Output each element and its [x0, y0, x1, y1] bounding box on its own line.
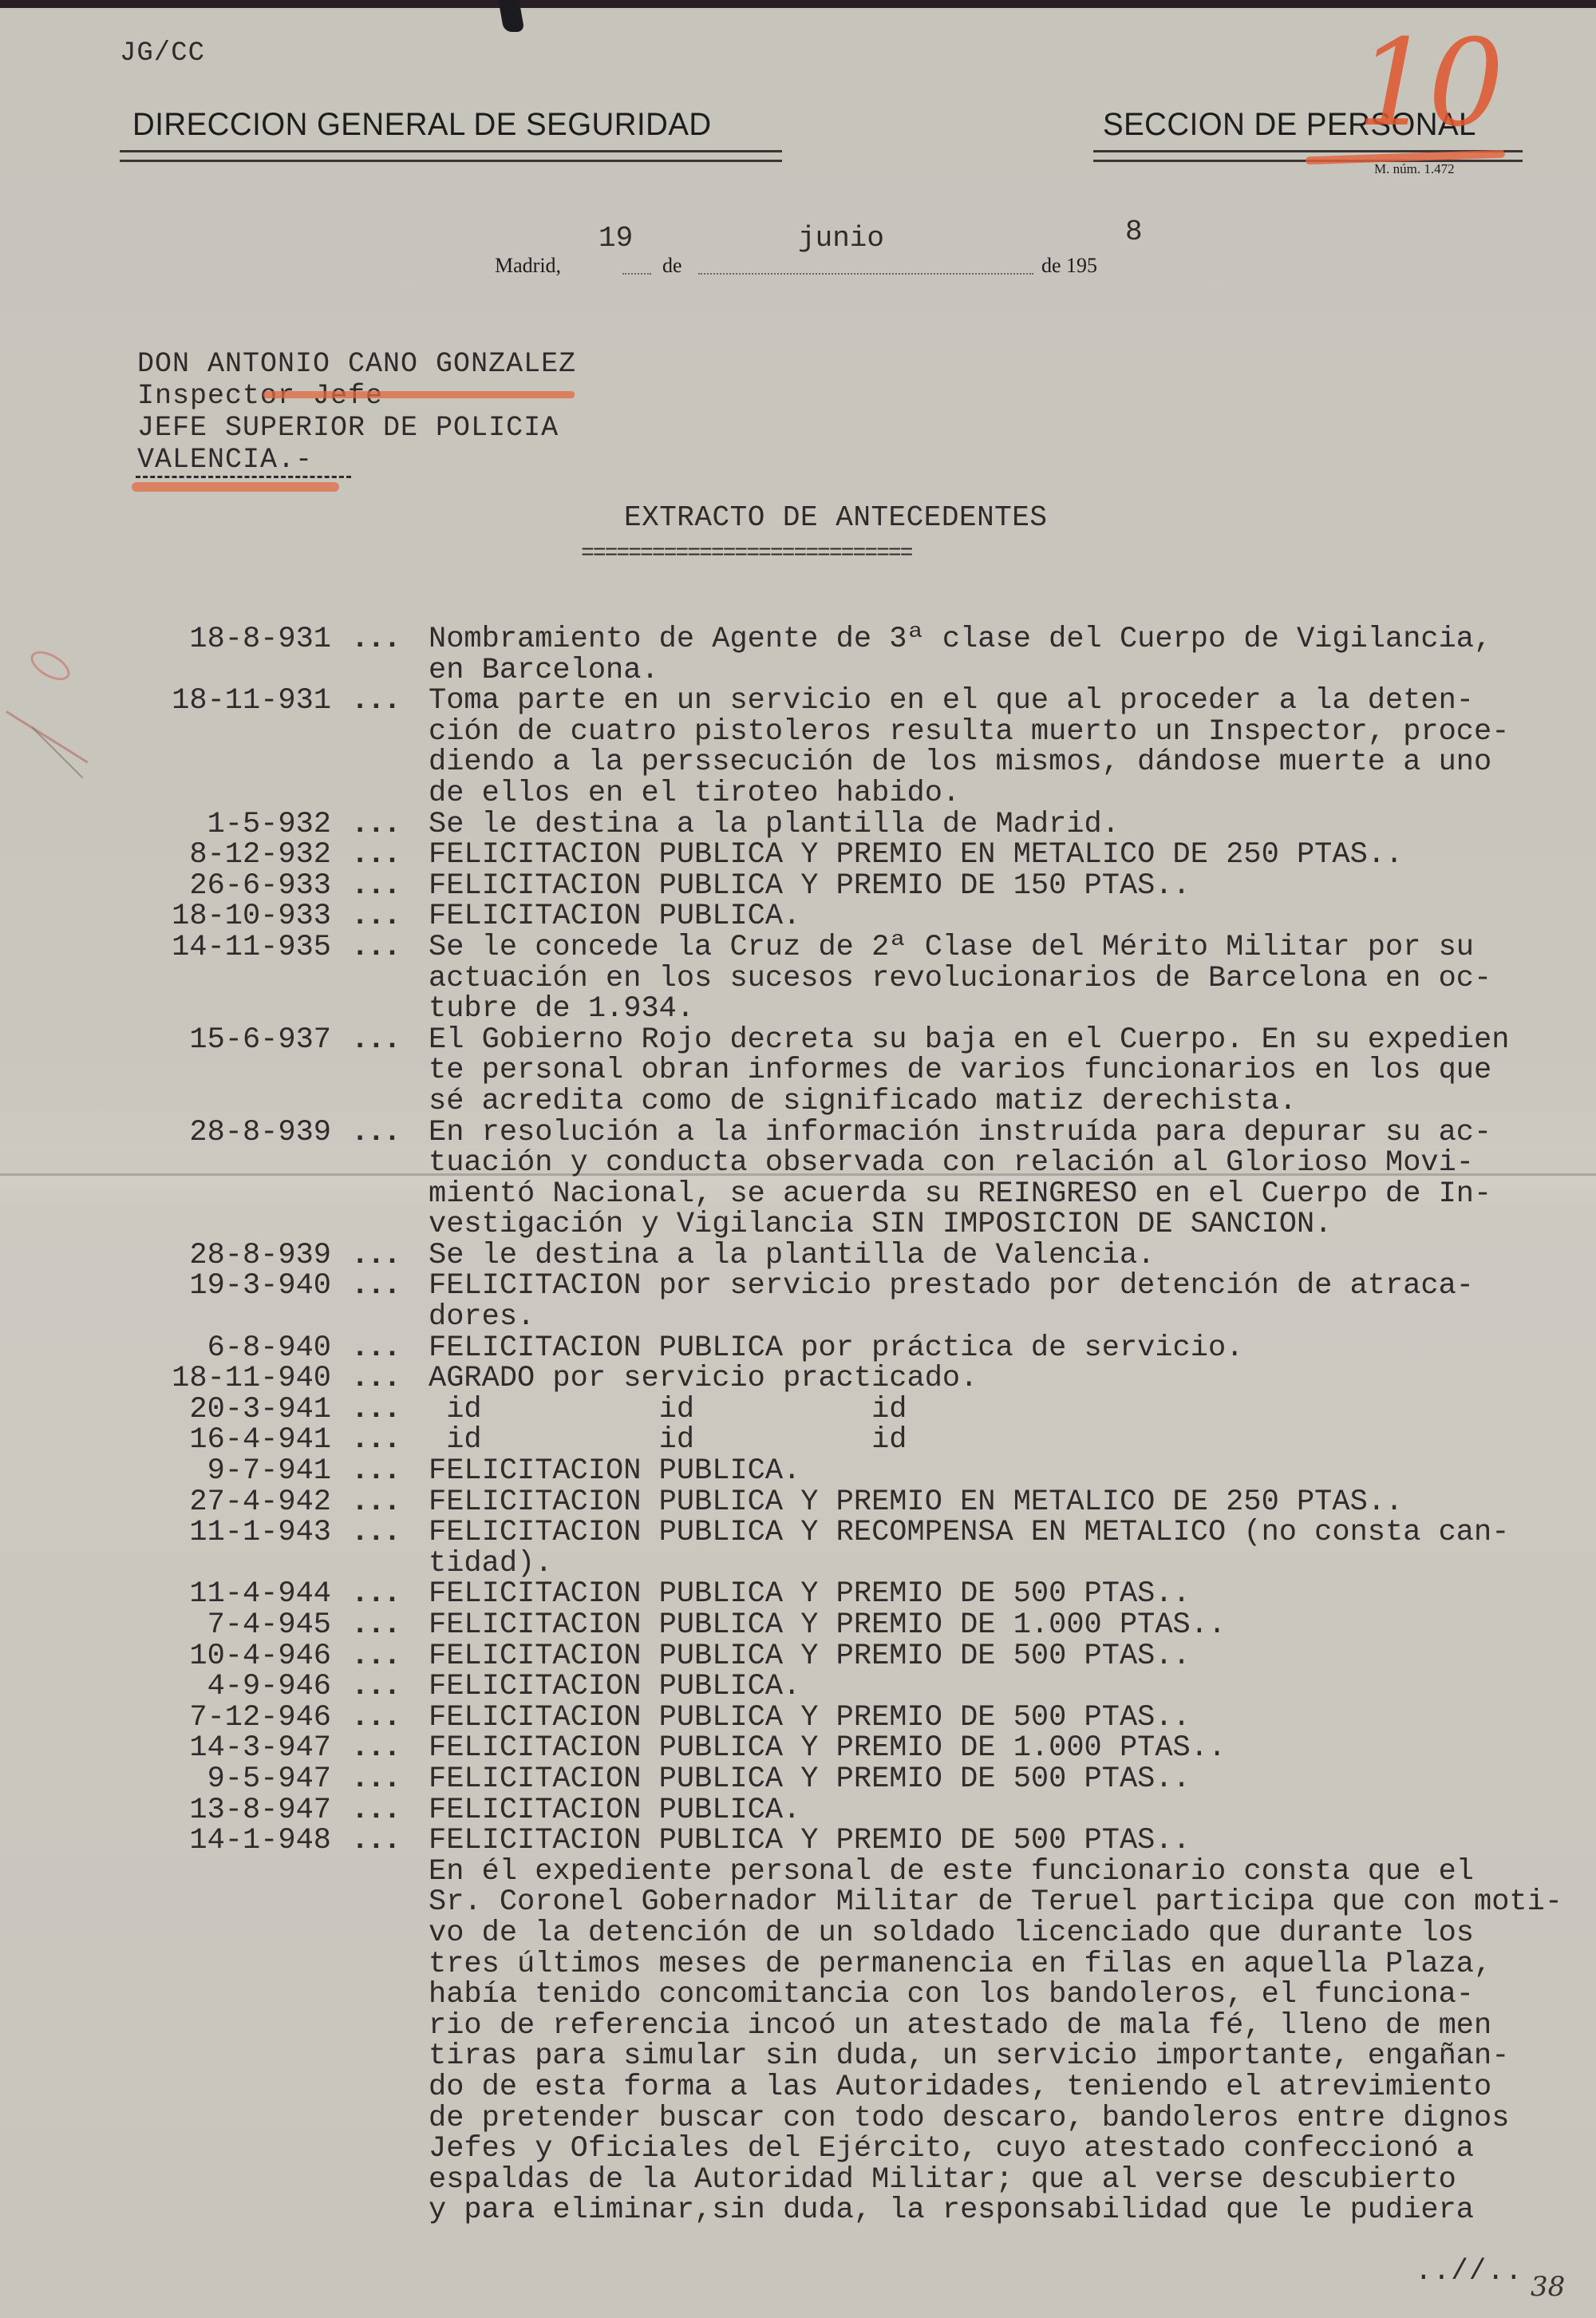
entry-date: 16-4-941	[104, 1425, 331, 1456]
entry-text-line: en Barcelona.	[429, 655, 1594, 686]
entry-date: 18-8-931	[104, 624, 331, 655]
entry-text-line: FELICITACION PUBLICA.	[429, 1671, 1594, 1703]
document-page: JG/CC DIRECCION GENERAL DE SEGURIDAD SEC…	[0, 0, 1596, 2318]
paragraph-line: espaldas de la Autoridad Militar; que al…	[429, 2165, 1596, 2196]
entry-separator: ...	[351, 840, 415, 871]
entry-separator: ...	[351, 1456, 415, 1487]
entry-separator: ...	[351, 1487, 415, 1518]
entry-text-line: diendo a la perssecución de los mismos, …	[429, 747, 1594, 778]
record-entry: 27-4-942...FELICITACION PUBLICA Y PREMIO…	[0, 1487, 1596, 1518]
record-entry: 28-8-939...Se le destina a la plantilla …	[0, 1240, 1596, 1272]
entry-date: 18-11-931	[104, 686, 331, 717]
date-year-prefix: de 195	[1041, 254, 1097, 278]
record-entry: 4-9-946...FELICITACION PUBLICA.	[0, 1671, 1596, 1703]
organization-heading: DIRECCION GENERAL DE SEGURIDAD	[132, 107, 712, 143]
entry-separator: ...	[351, 1240, 415, 1272]
entry-text-line: FELICITACION PUBLICA Y PREMIO EN METALIC…	[429, 1487, 1594, 1518]
entry-date: 14-1-948	[104, 1826, 331, 1857]
entry-separator: ...	[351, 1271, 415, 1302]
entry-text: Se le destina a la plantilla de Valencia…	[429, 1240, 1594, 1272]
entry-text: FELICITACION PUBLICA.	[429, 1456, 1594, 1487]
entry-date: 10-4-946	[104, 1641, 331, 1672]
title-underline: ============================	[581, 543, 1124, 565]
entry-separator: ...	[351, 686, 415, 717]
paragraph-line: do de esta forma a las Autoridades, teni…	[429, 2072, 1596, 2103]
handwritten-folio-number: 10	[1357, 14, 1499, 153]
record-entry: 26-6-933...FELICITACION PUBLICA Y PREMIO…	[0, 871, 1596, 902]
paragraph-line: tres últimos meses de permanencia en fil…	[429, 1949, 1596, 1980]
entry-date: 6-8-940	[104, 1333, 331, 1364]
entry-text: Se le destina a la plantilla de Madrid.	[429, 809, 1594, 841]
date-year-digit: 8	[1125, 216, 1143, 248]
entry-separator: ...	[351, 1425, 415, 1456]
entry-separator: ...	[351, 1333, 415, 1364]
page-top-edge	[0, 0, 1596, 8]
entry-date: 11-4-944	[104, 1579, 331, 1610]
entry-date: 13-8-947	[104, 1795, 331, 1826]
red-strikethrough	[263, 391, 575, 398]
entry-text: El Gobierno Rojo decreta su baja en el C…	[429, 1025, 1594, 1117]
entry-separator: ...	[351, 1764, 415, 1795]
entry-separator: ...	[351, 1117, 415, 1149]
record-entries-list: 18-8-931...Nombramiento de Agente de 3ª …	[0, 624, 1596, 2226]
date-city-label: Madrid,	[495, 254, 561, 278]
entry-separator: ...	[351, 624, 415, 655]
entry-separator: ...	[351, 901, 415, 932]
record-entry: 11-4-944...FELICITACION PUBLICA Y PREMIO…	[0, 1579, 1596, 1610]
entry-text-line: actuación en los sucesos revolucionarios…	[429, 963, 1594, 995]
recipient-city: VALENCIA.-	[137, 444, 313, 476]
entry-text-line: FELICITACION PUBLICA Y PREMIO DE 500 PTA…	[429, 1764, 1594, 1795]
entry-date: 11-1-943	[104, 1517, 331, 1549]
entry-text: Toma parte en un servicio en el que al p…	[429, 686, 1594, 809]
entry-separator: ...	[351, 1579, 415, 1610]
record-entry: 1-5-932...Se le destina a la plantilla d…	[0, 809, 1596, 841]
entry-text-line: sé acredita como de significado matiz de…	[429, 1086, 1594, 1117]
entry-text-line: tubre de 1.934.	[429, 994, 1594, 1025]
entry-date: 18-10-933	[104, 901, 331, 932]
entry-text-line: vestigación y Vigilancia SIN IMPOSICION …	[429, 1209, 1594, 1240]
record-entry: 13-8-947...FELICITACION PUBLICA.	[0, 1795, 1596, 1826]
entry-date: 14-3-947	[104, 1733, 331, 1764]
entry-text-line: dores.	[429, 1302, 1594, 1333]
form-number: M. núm. 1.472	[1374, 161, 1455, 177]
record-entry: 8-12-932...FELICITACION PUBLICA Y PREMIO…	[0, 840, 1596, 871]
entry-text: Se le concede la Cruz de 2ª Clase del Mé…	[429, 932, 1594, 1025]
red-pencil-underline	[132, 482, 339, 492]
entry-date: 26-6-933	[104, 871, 331, 902]
record-entry: 20-3-941... id id id	[0, 1394, 1596, 1426]
entry-separator: ...	[351, 1517, 415, 1549]
record-entry: 9-5-947...FELICITACION PUBLICA Y PREMIO …	[0, 1764, 1596, 1795]
entry-text-line: de ellos en el tiroteo habido.	[429, 778, 1594, 809]
entry-text-line: El Gobierno Rojo decreta su baja en el C…	[429, 1025, 1594, 1056]
entry-separator: ...	[351, 809, 415, 841]
entry-text: AGRADO por servicio practicado.	[429, 1363, 1594, 1394]
recipient-position: JEFE SUPERIOR DE POLICIA	[137, 412, 559, 444]
paragraph-line: Jefes y Oficiales del Ejército, cuyo ate…	[429, 2134, 1596, 2165]
record-entry: 10-4-946...FELICITACION PUBLICA Y PREMIO…	[0, 1641, 1596, 1672]
entry-separator: ...	[351, 1795, 415, 1826]
record-entry: 7-4-945...FELICITACION PUBLICA Y PREMIO …	[0, 1610, 1596, 1641]
entry-separator: ...	[351, 1703, 415, 1734]
entry-text-line: Se le destina a la plantilla de Valencia…	[429, 1240, 1594, 1272]
recipient-name: DON ANTONIO CANO GONZALEZ	[137, 348, 576, 380]
entry-separator: ...	[351, 1671, 415, 1703]
entry-text-line: FELICITACION PUBLICA.	[429, 1795, 1594, 1826]
entry-text-line: En resolución a la información instruída…	[429, 1117, 1594, 1149]
entry-text-line: tidad).	[429, 1549, 1594, 1580]
entry-text-line: tuación y conducta observada con relació…	[429, 1148, 1594, 1179]
entry-date: 14-11-935	[104, 932, 331, 963]
entry-date: 28-8-939	[104, 1117, 331, 1149]
entry-text-line: AGRADO por servicio practicado.	[429, 1363, 1594, 1394]
entry-date: 9-5-947	[104, 1764, 331, 1795]
record-entry: 9-7-941...FELICITACION PUBLICA.	[0, 1456, 1596, 1487]
entry-text: FELICITACION PUBLICA Y PREMIO DE 150 PTA…	[429, 871, 1594, 902]
record-entry: 18-11-940...AGRADO por servicio practica…	[0, 1363, 1596, 1394]
date-day: 19	[598, 222, 633, 255]
entry-text-line: Toma parte en un servicio en el que al p…	[429, 686, 1594, 717]
entry-separator: ...	[351, 1733, 415, 1764]
entry-text-line: FELICITACION PUBLICA Y PREMIO DE 500 PTA…	[429, 1703, 1594, 1734]
entry-date: 1-5-932	[104, 809, 331, 841]
entry-text-line: FELICITACION PUBLICA Y RECOMPENSA EN MET…	[429, 1517, 1594, 1549]
entry-text-line: mientó Nacional, se acuerda su REINGRESO…	[429, 1179, 1594, 1210]
entry-separator: ...	[351, 1363, 415, 1394]
entry-text: FELICITACION PUBLICA.	[429, 1671, 1594, 1703]
entry-text: id id id	[429, 1394, 1594, 1426]
entry-text-line: FELICITACION PUBLICA Y PREMIO DE 1.000 P…	[429, 1733, 1594, 1764]
record-entry: 6-8-940...FELICITACION PUBLICA por práct…	[0, 1333, 1596, 1364]
record-entry: 18-11-931...Toma parte en un servicio en…	[0, 686, 1596, 809]
entry-date: 9-7-941	[104, 1456, 331, 1487]
entry-text: id id id	[429, 1425, 1594, 1456]
reference-initials: JG/CC	[120, 38, 205, 69]
paragraph-line: rio de referencia incoó un atestado de m…	[429, 2011, 1596, 2042]
entry-date: 19-3-940	[104, 1271, 331, 1302]
entry-date: 28-8-939	[104, 1240, 331, 1272]
entry-text-line: FELICITACION PUBLICA.	[429, 901, 1594, 932]
entry-date: 15-6-937	[104, 1025, 331, 1056]
record-entry: 7-12-946...FELICITACION PUBLICA Y PREMIO…	[0, 1703, 1596, 1734]
record-entry: 16-4-941... id id id	[0, 1425, 1596, 1456]
entry-date: 8-12-932	[104, 840, 331, 871]
entry-date: 7-4-945	[104, 1610, 331, 1641]
entry-text: FELICITACION PUBLICA Y PREMIO EN METALIC…	[429, 1487, 1594, 1518]
date-line: Madrid, 19 de junio de 195 8	[495, 222, 1149, 286]
record-entry: 15-6-937...El Gobierno Rojo decreta su b…	[0, 1025, 1596, 1117]
entry-text-line: Se le destina a la plantilla de Madrid.	[429, 809, 1594, 841]
entry-text: En resolución a la información instruída…	[429, 1117, 1594, 1240]
paragraph-line: vo de la detención de un soldado licenci…	[429, 1918, 1596, 1949]
date-de-label: de	[662, 254, 682, 278]
continuation-paragraph: En él expediente personal de este funcio…	[429, 1857, 1596, 2226]
entry-text-line: Nombramiento de Agente de 3ª clase del C…	[429, 624, 1594, 655]
entry-text-line: FELICITACION PUBLICA Y PREMIO DE 500 PTA…	[429, 1641, 1594, 1672]
entry-text: FELICITACION por servicio prestado por d…	[429, 1271, 1594, 1332]
entry-separator: ...	[351, 871, 415, 902]
record-entry: 14-11-935...Se le concede la Cruz de 2ª …	[0, 932, 1596, 1025]
paragraph-line: de pretender buscar con todo descaro, ba…	[429, 2103, 1596, 2134]
entry-text: FELICITACION PUBLICA Y PREMIO DE 500 PTA…	[429, 1641, 1594, 1672]
entry-text: FELICITACION PUBLICA Y RECOMPENSA EN MET…	[429, 1517, 1594, 1579]
entry-separator: ...	[351, 932, 415, 963]
entry-date: 20-3-941	[104, 1394, 331, 1426]
record-entry: 18-8-931...Nombramiento de Agente de 3ª …	[0, 624, 1596, 686]
record-entry: 11-1-943...FELICITACION PUBLICA Y RECOMP…	[0, 1517, 1596, 1579]
paragraph-line: y para eliminar,sin duda, la responsabil…	[429, 2195, 1596, 2226]
entry-text-line: FELICITACION PUBLICA por práctica de ser…	[429, 1333, 1594, 1364]
entry-date: 18-11-940	[104, 1363, 331, 1394]
entry-text: FELICITACION PUBLICA Y PREMIO DE 1.000 P…	[429, 1733, 1594, 1764]
entry-text-line: FELICITACION por servicio prestado por d…	[429, 1271, 1594, 1302]
entry-text-line: FELICITACION PUBLICA.	[429, 1456, 1594, 1487]
entry-text-line: FELICITACION PUBLICA Y PREMIO EN METALIC…	[429, 840, 1594, 871]
record-entry: 14-3-947...FELICITACION PUBLICA Y PREMIO…	[0, 1733, 1596, 1764]
city-underline	[136, 476, 351, 478]
entry-text-line: id id id	[429, 1425, 1594, 1456]
entry-text-line: FELICITACION PUBLICA Y PREMIO DE 150 PTA…	[429, 871, 1594, 902]
entry-text: FELICITACION PUBLICA Y PREMIO DE 500 PTA…	[429, 1826, 1594, 1857]
entry-separator: ...	[351, 1641, 415, 1672]
entry-text-line: ción de cuatro pistoleros resulta muerto…	[429, 717, 1594, 748]
organization-underline	[120, 150, 782, 162]
record-entry: 18-10-933...FELICITACION PUBLICA.	[0, 901, 1596, 932]
paragraph-line: En él expediente personal de este funcio…	[429, 1857, 1596, 1888]
entry-text: FELICITACION PUBLICA Y PREMIO DE 1.000 P…	[429, 1610, 1594, 1641]
entry-text: FELICITACION PUBLICA.	[429, 901, 1594, 932]
entry-text: FELICITACION PUBLICA Y PREMIO DE 500 PTA…	[429, 1703, 1594, 1734]
record-entry: 19-3-940...FELICITACION por servicio pre…	[0, 1271, 1596, 1332]
record-entry: 14-1-948...FELICITACION PUBLICA Y PREMIO…	[0, 1826, 1596, 1857]
paragraph-line: Sr. Coronel Gobernador Militar de Teruel…	[429, 1887, 1596, 1918]
record-entry: 28-8-939...En resolución a la informació…	[0, 1117, 1596, 1240]
entry-text-line: id id id	[429, 1394, 1594, 1426]
entry-text: FELICITACION PUBLICA Y PREMIO EN METALIC…	[429, 840, 1594, 871]
entry-text-line: FELICITACION PUBLICA Y PREMIO DE 500 PTA…	[429, 1579, 1594, 1610]
entry-separator: ...	[351, 1610, 415, 1641]
entry-text: Nombramiento de Agente de 3ª clase del C…	[429, 624, 1594, 686]
entry-date: 4-9-946	[104, 1671, 331, 1703]
entry-date: 7-12-946	[104, 1703, 331, 1734]
entry-text: FELICITACION PUBLICA por práctica de ser…	[429, 1333, 1594, 1364]
paragraph-line: tiras para simular sin duda, un servicio…	[429, 2041, 1596, 2072]
entry-separator: ...	[351, 1025, 415, 1056]
entry-separator: ...	[351, 1826, 415, 1857]
entry-text-line: te personal obran informes de varios fun…	[429, 1055, 1594, 1086]
entry-text-line: FELICITACION PUBLICA Y PREMIO DE 500 PTA…	[429, 1826, 1594, 1857]
entry-text-line: FELICITACION PUBLICA Y PREMIO DE 1.000 P…	[429, 1610, 1594, 1641]
date-month: junio	[798, 222, 884, 255]
entry-text: FELICITACION PUBLICA Y PREMIO DE 500 PTA…	[429, 1579, 1594, 1610]
entry-text: FELICITACION PUBLICA Y PREMIO DE 500 PTA…	[429, 1764, 1594, 1795]
entry-text: FELICITACION PUBLICA.	[429, 1795, 1594, 1826]
entry-date: 27-4-942	[104, 1487, 331, 1518]
entry-separator: ...	[351, 1394, 415, 1426]
continuation-mark: ..//..	[1415, 2255, 1523, 2288]
dotted-field	[698, 273, 1033, 275]
document-title: EXTRACTO DE ANTECEDENTES	[624, 501, 1047, 534]
dotted-field	[622, 273, 651, 275]
page-number: 38	[1531, 2271, 1565, 2303]
paragraph-line: había tenido concomitancia con los bando…	[429, 1980, 1596, 2011]
entry-text-line: Se le concede la Cruz de 2ª Clase del Mé…	[429, 932, 1594, 963]
